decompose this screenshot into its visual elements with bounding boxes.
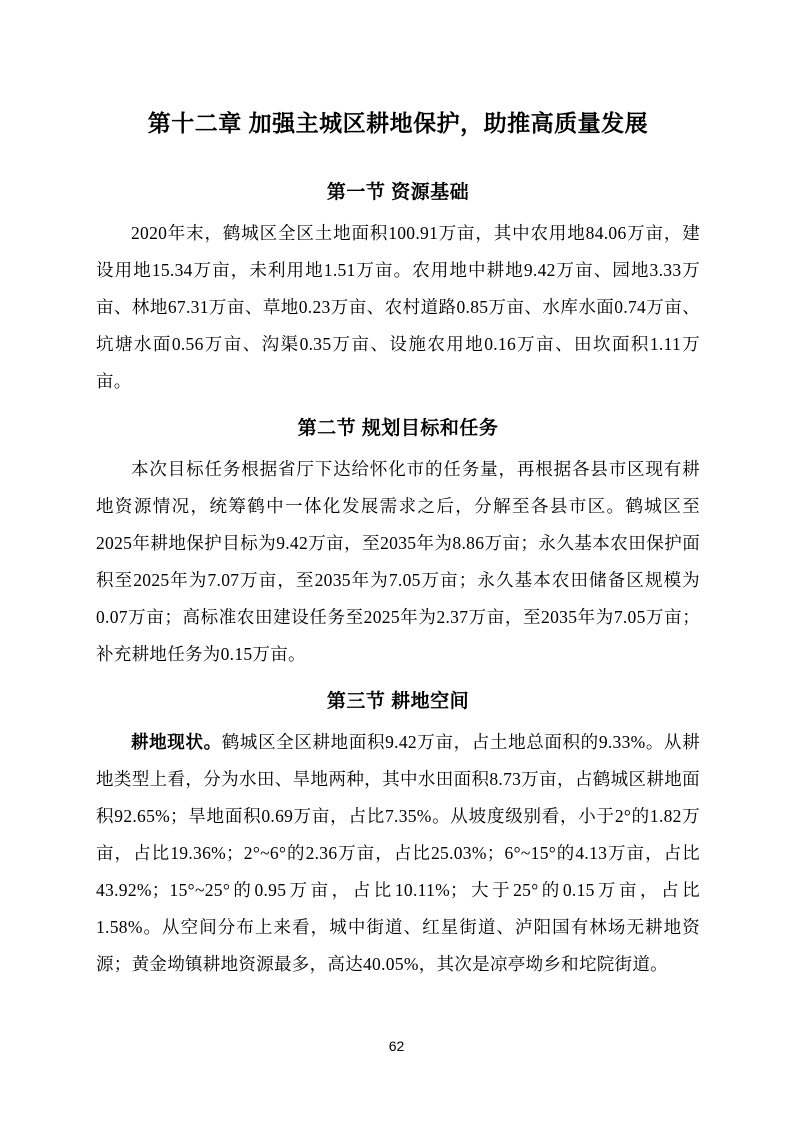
section-1-paragraph: 2020年末，鹤城区全区土地面积100.91万亩，其中农用地84.06万亩，建设…	[96, 215, 700, 400]
section-1-heading: 第一节 资源基础	[96, 180, 700, 206]
section-3-heading: 第三节 耕地空间	[96, 689, 700, 715]
paragraph-body-text: 鹤城区全区耕地面积9.42万亩，占土地总面积的9.33%。从耕地类型上看，分为水…	[96, 732, 700, 974]
document-page: 第十二章 加强主城区耕地保护，助推高质量发展 第一节 资源基础 2020年末，鹤…	[0, 0, 793, 1122]
section-2-paragraph: 本次目标任务根据省厅下达给怀化市的任务量，再根据各县市区现有耕地资源情况，统筹鹤…	[96, 451, 700, 673]
paragraph-lead-bold: 耕地现状。	[131, 732, 222, 752]
section-resources: 第一节 资源基础 2020年末，鹤城区全区土地面积100.91万亩，其中农用地8…	[96, 180, 700, 400]
section-3-paragraph: 耕地现状。鹤城区全区耕地面积9.42万亩，占土地总面积的9.33%。从耕地类型上…	[96, 724, 700, 983]
section-goals-tasks: 第二节 规划目标和任务 本次目标任务根据省厅下达给怀化市的任务量，再根据各县市区…	[96, 416, 700, 673]
page-number: 62	[389, 1038, 405, 1054]
section-cultivated-land-space: 第三节 耕地空间 耕地现状。鹤城区全区耕地面积9.42万亩，占土地总面积的9.3…	[96, 689, 700, 983]
page-footer: 62	[0, 1038, 793, 1056]
chapter-title: 第十二章 加强主城区耕地保护，助推高质量发展	[96, 108, 700, 138]
section-2-heading: 第二节 规划目标和任务	[96, 416, 700, 442]
